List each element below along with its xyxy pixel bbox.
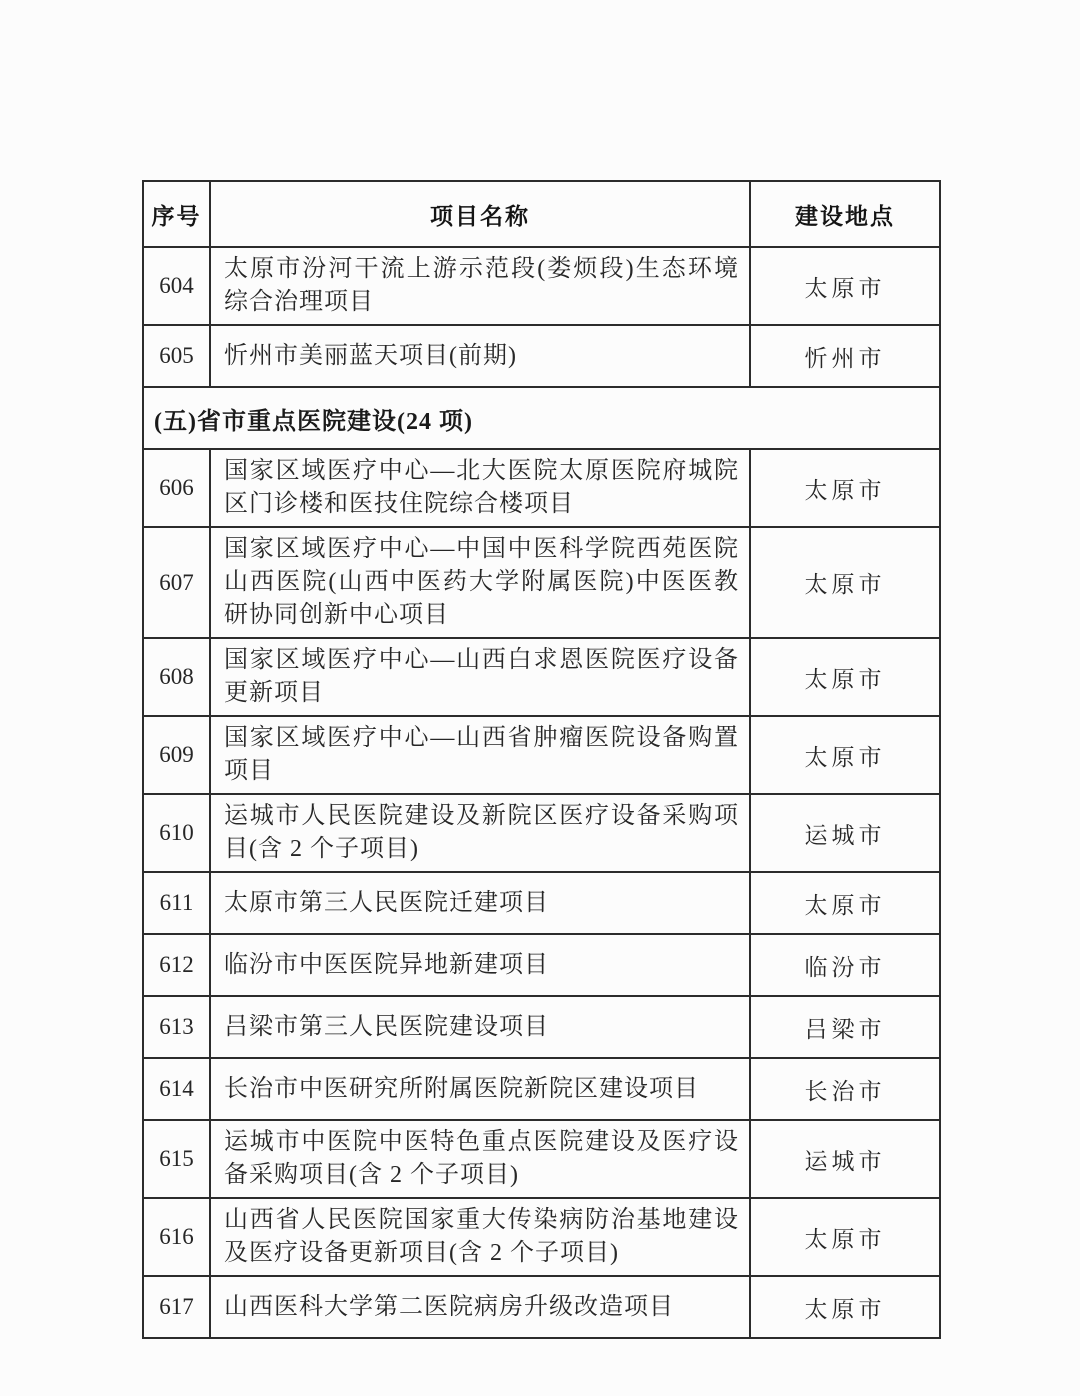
project-name-cell: 国家区域医疗中心—中国中医科学院西苑医院山西医院(山西中医药大学附属医院)中医医… xyxy=(210,527,750,638)
table-header-row: 序号 项目名称 建设地点 xyxy=(143,181,940,247)
serial-cell: 608 xyxy=(143,638,210,716)
project-name-cell: 国家区域医疗中心—山西白求恩医院医疗设备更新项目 xyxy=(210,638,750,716)
location-cell: 太原市 xyxy=(750,638,940,716)
serial-cell: 615 xyxy=(143,1120,210,1198)
location-cell: 太原市 xyxy=(750,247,940,325)
section-row: (五)省市重点医院建设(24 项) xyxy=(143,387,940,449)
serial-cell: 612 xyxy=(143,934,210,996)
table-row: 605忻州市美丽蓝天项目(前期)忻州市 xyxy=(143,325,940,387)
serial-cell: 609 xyxy=(143,716,210,794)
project-name-cell: 临汾市中医医院异地新建项目 xyxy=(210,934,750,996)
project-name-cell: 太原市汾河干流上游示范段(娄烦段)生态环境综合治理项目 xyxy=(210,247,750,325)
table-row: 616山西省人民医院国家重大传染病防治基地建设及医疗设备更新项目(含 2 个子项… xyxy=(143,1198,940,1276)
location-cell: 太原市 xyxy=(750,1276,940,1338)
table-body: 604太原市汾河干流上游示范段(娄烦段)生态环境综合治理项目太原市605忻州市美… xyxy=(143,247,940,1338)
project-name-cell: 吕梁市第三人民医院建设项目 xyxy=(210,996,750,1058)
document-page: 序号 项目名称 建设地点 604太原市汾河干流上游示范段(娄烦段)生态环境综合治… xyxy=(0,0,1080,1396)
header-serial-number: 序号 xyxy=(143,181,210,247)
project-name-cell: 运城市人民医院建设及新院区医疗设备采购项目(含 2 个子项目) xyxy=(210,794,750,872)
project-name-cell: 忻州市美丽蓝天项目(前期) xyxy=(210,325,750,387)
table-row: 608国家区域医疗中心—山西白求恩医院医疗设备更新项目太原市 xyxy=(143,638,940,716)
location-cell: 太原市 xyxy=(750,449,940,527)
location-cell: 吕梁市 xyxy=(750,996,940,1058)
serial-cell: 613 xyxy=(143,996,210,1058)
location-cell: 长治市 xyxy=(750,1058,940,1120)
location-cell: 太原市 xyxy=(750,1198,940,1276)
project-name-cell: 长治市中医研究所附属医院新院区建设项目 xyxy=(210,1058,750,1120)
table-row: 611太原市第三人民医院迁建项目太原市 xyxy=(143,872,940,934)
table-row: 604太原市汾河干流上游示范段(娄烦段)生态环境综合治理项目太原市 xyxy=(143,247,940,325)
project-name-cell: 运城市中医院中医特色重点医院建设及医疗设备采购项目(含 2 个子项目) xyxy=(210,1120,750,1198)
project-name-cell: 山西医科大学第二医院病房升级改造项目 xyxy=(210,1276,750,1338)
table-row: 613吕梁市第三人民医院建设项目吕梁市 xyxy=(143,996,940,1058)
location-cell: 忻州市 xyxy=(750,325,940,387)
location-cell: 临汾市 xyxy=(750,934,940,996)
project-table: 序号 项目名称 建设地点 604太原市汾河干流上游示范段(娄烦段)生态环境综合治… xyxy=(142,180,941,1339)
table-row: 617山西医科大学第二医院病房升级改造项目太原市 xyxy=(143,1276,940,1338)
serial-cell: 607 xyxy=(143,527,210,638)
project-name-cell: 国家区域医疗中心—北大医院太原医院府城院区门诊楼和医技住院综合楼项目 xyxy=(210,449,750,527)
location-cell: 运城市 xyxy=(750,1120,940,1198)
serial-cell: 610 xyxy=(143,794,210,872)
serial-cell: 616 xyxy=(143,1198,210,1276)
table-row: 612临汾市中医医院异地新建项目临汾市 xyxy=(143,934,940,996)
table-row: 610运城市人民医院建设及新院区医疗设备采购项目(含 2 个子项目)运城市 xyxy=(143,794,940,872)
table-row: 606国家区域医疗中心—北大医院太原医院府城院区门诊楼和医技住院综合楼项目太原市 xyxy=(143,449,940,527)
project-name-cell: 山西省人民医院国家重大传染病防治基地建设及医疗设备更新项目(含 2 个子项目) xyxy=(210,1198,750,1276)
section-title: (五)省市重点医院建设(24 项) xyxy=(143,387,940,449)
serial-cell: 611 xyxy=(143,872,210,934)
serial-cell: 605 xyxy=(143,325,210,387)
table-row: 615运城市中医院中医特色重点医院建设及医疗设备采购项目(含 2 个子项目)运城… xyxy=(143,1120,940,1198)
serial-cell: 604 xyxy=(143,247,210,325)
table-row: 614长治市中医研究所附属医院新院区建设项目长治市 xyxy=(143,1058,940,1120)
project-name-cell: 太原市第三人民医院迁建项目 xyxy=(210,872,750,934)
location-cell: 运城市 xyxy=(750,794,940,872)
table-row: 607国家区域医疗中心—中国中医科学院西苑医院山西医院(山西中医药大学附属医院)… xyxy=(143,527,940,638)
location-cell: 太原市 xyxy=(750,872,940,934)
table-row: 609国家区域医疗中心—山西省肿瘤医院设备购置项目太原市 xyxy=(143,716,940,794)
serial-cell: 617 xyxy=(143,1276,210,1338)
header-project-name: 项目名称 xyxy=(210,181,750,247)
location-cell: 太原市 xyxy=(750,716,940,794)
serial-cell: 614 xyxy=(143,1058,210,1120)
header-construction-location: 建设地点 xyxy=(750,181,940,247)
location-cell: 太原市 xyxy=(750,527,940,638)
serial-cell: 606 xyxy=(143,449,210,527)
project-name-cell: 国家区域医疗中心—山西省肿瘤医院设备购置项目 xyxy=(210,716,750,794)
